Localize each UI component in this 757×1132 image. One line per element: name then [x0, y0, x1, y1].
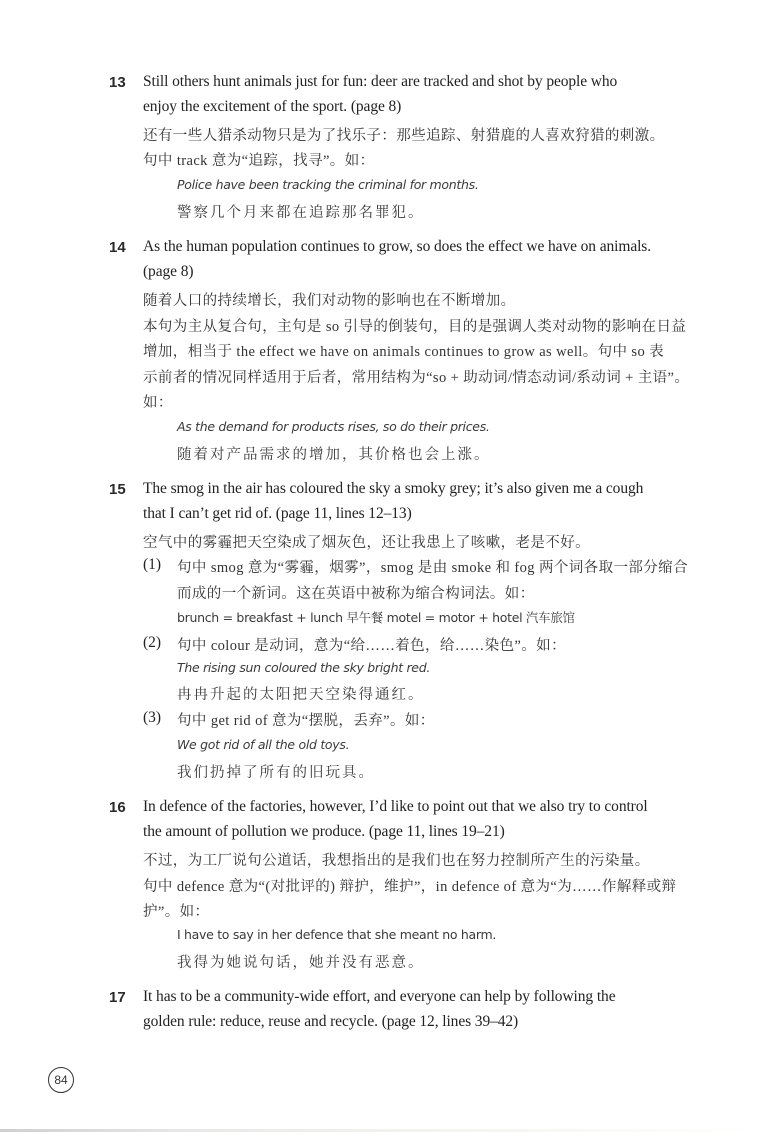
- example-chinese: 我们扔掉了所有的旧玩具。: [177, 761, 375, 782]
- sentence-line: (page 8): [143, 263, 193, 281]
- sentence-line: that I can’t get rid of. (page 11, lines…: [143, 505, 412, 523]
- subpoint-line: 句中 smog 意为“雾霾，烟雾”，smog 是由 smoke 和 fog 两个…: [177, 556, 688, 577]
- example-chinese: 随着对产品需求的增加，其价格也会上涨。: [177, 443, 491, 464]
- page-number-badge: 84: [48, 1067, 74, 1093]
- item-number: 13: [109, 74, 126, 91]
- note-line: 护”。如：: [143, 900, 209, 921]
- item-number: 15: [109, 481, 126, 498]
- subpoint-label: (3): [143, 709, 161, 727]
- item-number: 16: [109, 799, 126, 816]
- translation: 还有一些人猎杀动物只是为了找乐子：那些追踪、射猎鹿的人喜欢狩猎的刺激。: [143, 124, 665, 145]
- note-line: 句中 track 意为“追踪，找寻”。如：: [143, 149, 375, 170]
- note-line: 句中 defence 意为“(对批评的) 辩护，维护”，in defence o…: [143, 875, 676, 896]
- subpoint-line: 而成的一个新词。这在英语中被称为缩合构词法。如：: [177, 582, 535, 603]
- sentence-line: golden rule: reduce, reuse and recycle. …: [143, 1013, 518, 1031]
- sentence-line: the amount of pollution we produce. (pag…: [143, 823, 505, 841]
- note-line: 示前者的情况同样适用于后者，常用结构为“so + 助动词/情态动词/系动词 + …: [143, 366, 689, 387]
- example-english: The rising sun coloured the sky bright r…: [177, 660, 430, 675]
- subpoint-label: (2): [143, 634, 161, 652]
- example-english: As the demand for products rises, so do …: [177, 419, 490, 434]
- item-number: 17: [109, 989, 126, 1006]
- note-line: 本句为主从复合句，主句是 so 引导的倒装句，目的是强调人类对动物的影响在日益: [143, 315, 686, 336]
- example-chinese: 警察几个月来都在追踪那名罪犯。: [177, 201, 425, 222]
- sentence-line: Still others hunt animals just for fun: …: [143, 73, 617, 91]
- sentence-line: As the human population continues to gro…: [143, 238, 651, 256]
- translation: 不过，为工厂说句公道话，我想指出的是我们也在努力控制所产生的污染量。: [143, 849, 650, 870]
- translation: 空气中的雾霾把天空染成了烟灰色，还让我患上了咳嗽，老是不好。: [143, 531, 590, 552]
- subpoint-line: 句中 colour 是动词，意为“给……着色，给……染色”。如：: [177, 634, 566, 655]
- example-english: We got rid of all the old toys.: [177, 737, 349, 752]
- example-chinese: 我得为她说句话，她并没有恶意。: [177, 951, 425, 972]
- sentence-line: The smog in the air has coloured the sky…: [143, 480, 643, 498]
- textbook-page: 13 Still others hunt animals just for fu…: [0, 0, 757, 1132]
- sentence-line: It has to be a community-wide effort, an…: [143, 988, 615, 1006]
- sentence-line: enjoy the excitement of the sport. (page…: [143, 98, 401, 116]
- note-line: 增加，相当于 the effect we have on animals con…: [143, 340, 664, 361]
- example-english: Police have been tracking the criminal f…: [177, 177, 479, 192]
- item-number: 14: [109, 239, 126, 256]
- example-english: I have to say in her defence that she me…: [177, 927, 496, 942]
- sentence-line: In defence of the factories, however, I’…: [143, 798, 648, 816]
- example-chinese: 冉冉升起的太阳把天空染得通红。: [177, 683, 425, 704]
- subpoint-label: (1): [143, 556, 161, 574]
- subpoint-line: 句中 get rid of 意为“摆脱，丢弃”。如：: [177, 709, 435, 730]
- note-line: 如：: [143, 391, 173, 412]
- example-english: brunch = breakfast + lunch 早午餐 motel = m…: [177, 608, 575, 626]
- translation: 随着人口的持续增长，我们对动物的影响也在不断增加。: [143, 289, 516, 310]
